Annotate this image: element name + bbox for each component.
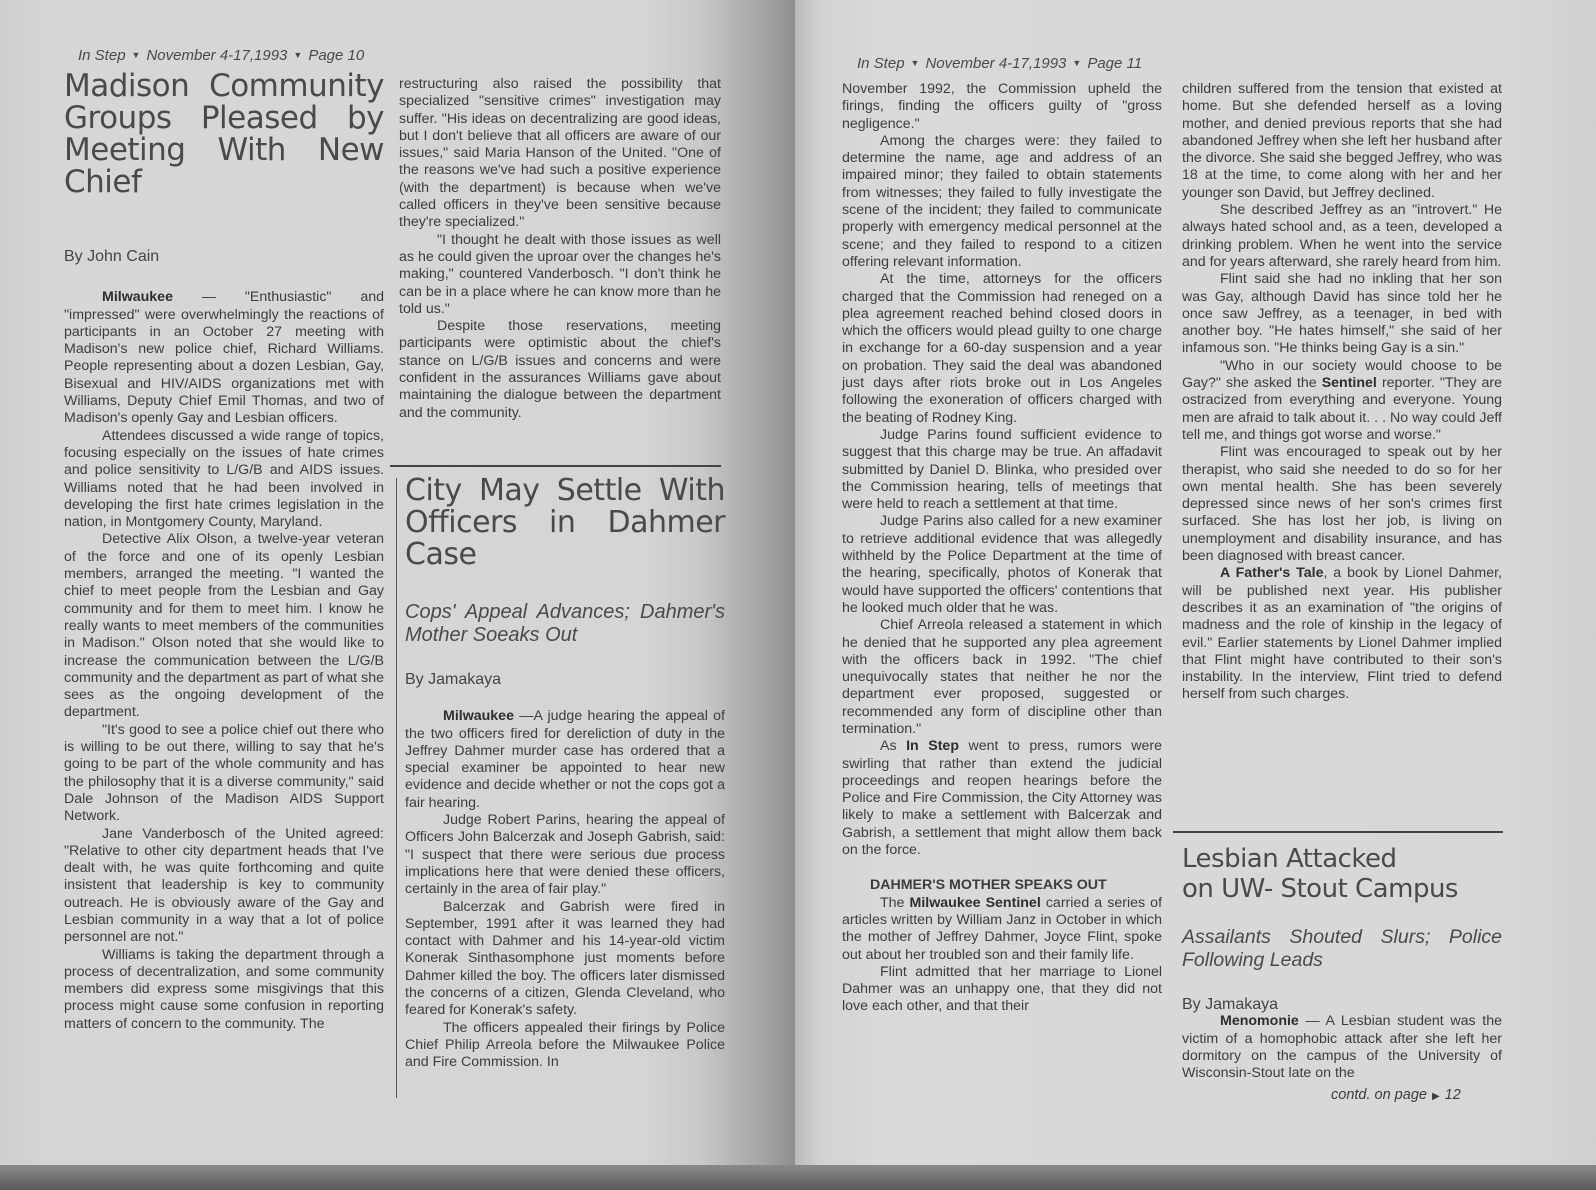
paragraph: Judge Robert Parins, hearing the appeal … bbox=[405, 812, 725, 898]
headline-madison: Madison Community Groups Pleased by Meet… bbox=[64, 70, 384, 198]
paragraph: Milwaukee —A judge hearing the appeal of… bbox=[405, 708, 725, 812]
article-divider bbox=[1173, 831, 1503, 833]
triangle-down-icon: ▼ bbox=[293, 50, 302, 60]
page-folio: In Step▼November 4-17,1993▼Page 11 bbox=[857, 55, 1142, 72]
dateline: Milwaukee bbox=[443, 708, 514, 724]
byline: By Jamakaya bbox=[405, 671, 725, 688]
publication-mention: Sentinel bbox=[1322, 375, 1377, 391]
headline-dahmer: City May Settle With Officers in Dahmer … bbox=[405, 475, 725, 571]
page-number: Page 10 bbox=[308, 47, 364, 64]
page-folio: In Step▼November 4-17,1993▼Page 10 bbox=[78, 47, 364, 64]
paragraph: Attendees discussed a wide range of topi… bbox=[64, 428, 384, 532]
publication-name: In Step bbox=[78, 47, 126, 64]
paragraph: At the time, attorneys for the officers … bbox=[842, 271, 1162, 427]
paragraph: "Who in our society would choose to be G… bbox=[1182, 358, 1502, 444]
paragraph: Flint was encouraged to speak out by her… bbox=[1182, 444, 1502, 565]
headline-lesbian-attacked: Lesbian Attacked on UW- Stout Campus bbox=[1182, 844, 1502, 904]
paragraph: children suffered from the tension that … bbox=[1182, 81, 1502, 202]
article-divider bbox=[390, 465, 721, 467]
issue-date: November 4-17,1993 bbox=[146, 47, 287, 64]
triangle-down-icon: ▼ bbox=[1072, 58, 1081, 68]
paragraph: Judge Parins found sufficient evidence t… bbox=[842, 427, 1162, 513]
publication-name: In Step bbox=[857, 55, 905, 72]
paragraph: She described Jeffrey as an "introvert."… bbox=[1182, 202, 1502, 271]
byline: By Jamakaya bbox=[1182, 996, 1502, 1013]
page-11: In Step▼November 4-17,1993▼Page 11 Novem… bbox=[795, 0, 1596, 1170]
paragraph: Among the charges were: they failed to d… bbox=[842, 133, 1162, 271]
publication-mention: In Step bbox=[906, 738, 959, 754]
byline: By John Cain bbox=[64, 248, 384, 265]
article-madison-col2: restructuring also raised the possibilit… bbox=[399, 76, 721, 422]
article-dahmer-continued-col1: November 1992, the Commission upheld the… bbox=[842, 81, 1162, 1016]
paragraph: Williams is taking the department throug… bbox=[64, 947, 384, 1033]
triangle-right-icon: ▶ bbox=[1432, 1091, 1440, 1102]
publication-mention: Milwaukee Sentinel bbox=[910, 895, 1041, 911]
paragraph: restructuring also raised the possibilit… bbox=[399, 76, 721, 232]
paragraph: Flint admitted that her marriage to Lion… bbox=[842, 964, 1162, 1016]
paragraph: The officers appealed their firings by P… bbox=[405, 1020, 725, 1072]
paragraph: "It's good to see a police chief out the… bbox=[64, 722, 384, 826]
deck-lesbian-attacked: Assailants Shouted Slurs; Police Followi… bbox=[1182, 926, 1502, 972]
article-dahmer-continued-col2: children suffered from the tension that … bbox=[1182, 81, 1502, 704]
paragraph: Milwaukee — "Enthusiastic" and "impresse… bbox=[64, 289, 384, 427]
paragraph: Flint said she had no inkling that her s… bbox=[1182, 271, 1502, 357]
issue-date: November 4-17,1993 bbox=[925, 55, 1066, 72]
paragraph: Despite those reservations, meeting part… bbox=[399, 318, 721, 422]
triangle-down-icon: ▼ bbox=[911, 58, 920, 68]
deck-dahmer: Cops' Appeal Advances; Dahmer's Mother S… bbox=[405, 601, 725, 647]
paragraph: Chief Arreola released a statement in wh… bbox=[842, 617, 1162, 738]
paragraph: Jane Vanderbosch of the United agreed: "… bbox=[64, 826, 384, 947]
dateline: Menomonie bbox=[1220, 1013, 1299, 1029]
article-dahmer: City May Settle With Officers in Dahmer … bbox=[405, 475, 725, 1072]
page-number: Page 11 bbox=[1087, 55, 1142, 72]
newspaper-spread: In Step▼November 4-17,1993▼Page 10 Madis… bbox=[0, 0, 1596, 1190]
triangle-down-icon: ▼ bbox=[132, 50, 141, 60]
subhead: DAHMER'S MOTHER SPEAKS OUT bbox=[842, 877, 1162, 894]
paragraph: Judge Parins also called for a new exami… bbox=[842, 513, 1162, 617]
paragraph: Menomonie — A Lesbian student was the vi… bbox=[1182, 1013, 1502, 1082]
paragraph: Balcerzak and Gabrish were fired in Sept… bbox=[405, 899, 725, 1020]
page-10: In Step▼November 4-17,1993▼Page 10 Madis… bbox=[0, 0, 795, 1170]
paragraph: As In Step went to press, rumors were sw… bbox=[842, 738, 1162, 859]
paragraph: Detective Alix Olson, a twelve-year vete… bbox=[64, 531, 384, 721]
paragraph: A Father's Tale, a book by Lionel Dahmer… bbox=[1182, 565, 1502, 703]
article-lesbian-attacked: Lesbian Attacked on UW- Stout Campus Ass… bbox=[1182, 838, 1502, 1082]
dateline: Milwaukee bbox=[102, 289, 173, 305]
paragraph: "I thought he dealt with those issues as… bbox=[399, 232, 721, 318]
paragraph: The Milwaukee Sentinel carried a series … bbox=[842, 895, 1162, 964]
article-madison-col1: Madison Community Groups Pleased by Meet… bbox=[64, 70, 384, 1033]
book-title: A Father's Tale bbox=[1220, 565, 1323, 581]
continued-link[interactable]: contd. on page▶12 bbox=[1331, 1087, 1461, 1103]
page-edge-shadow bbox=[0, 1165, 1596, 1190]
column-rule bbox=[396, 478, 397, 1098]
paragraph: November 1992, the Commission upheld the… bbox=[842, 81, 1162, 133]
